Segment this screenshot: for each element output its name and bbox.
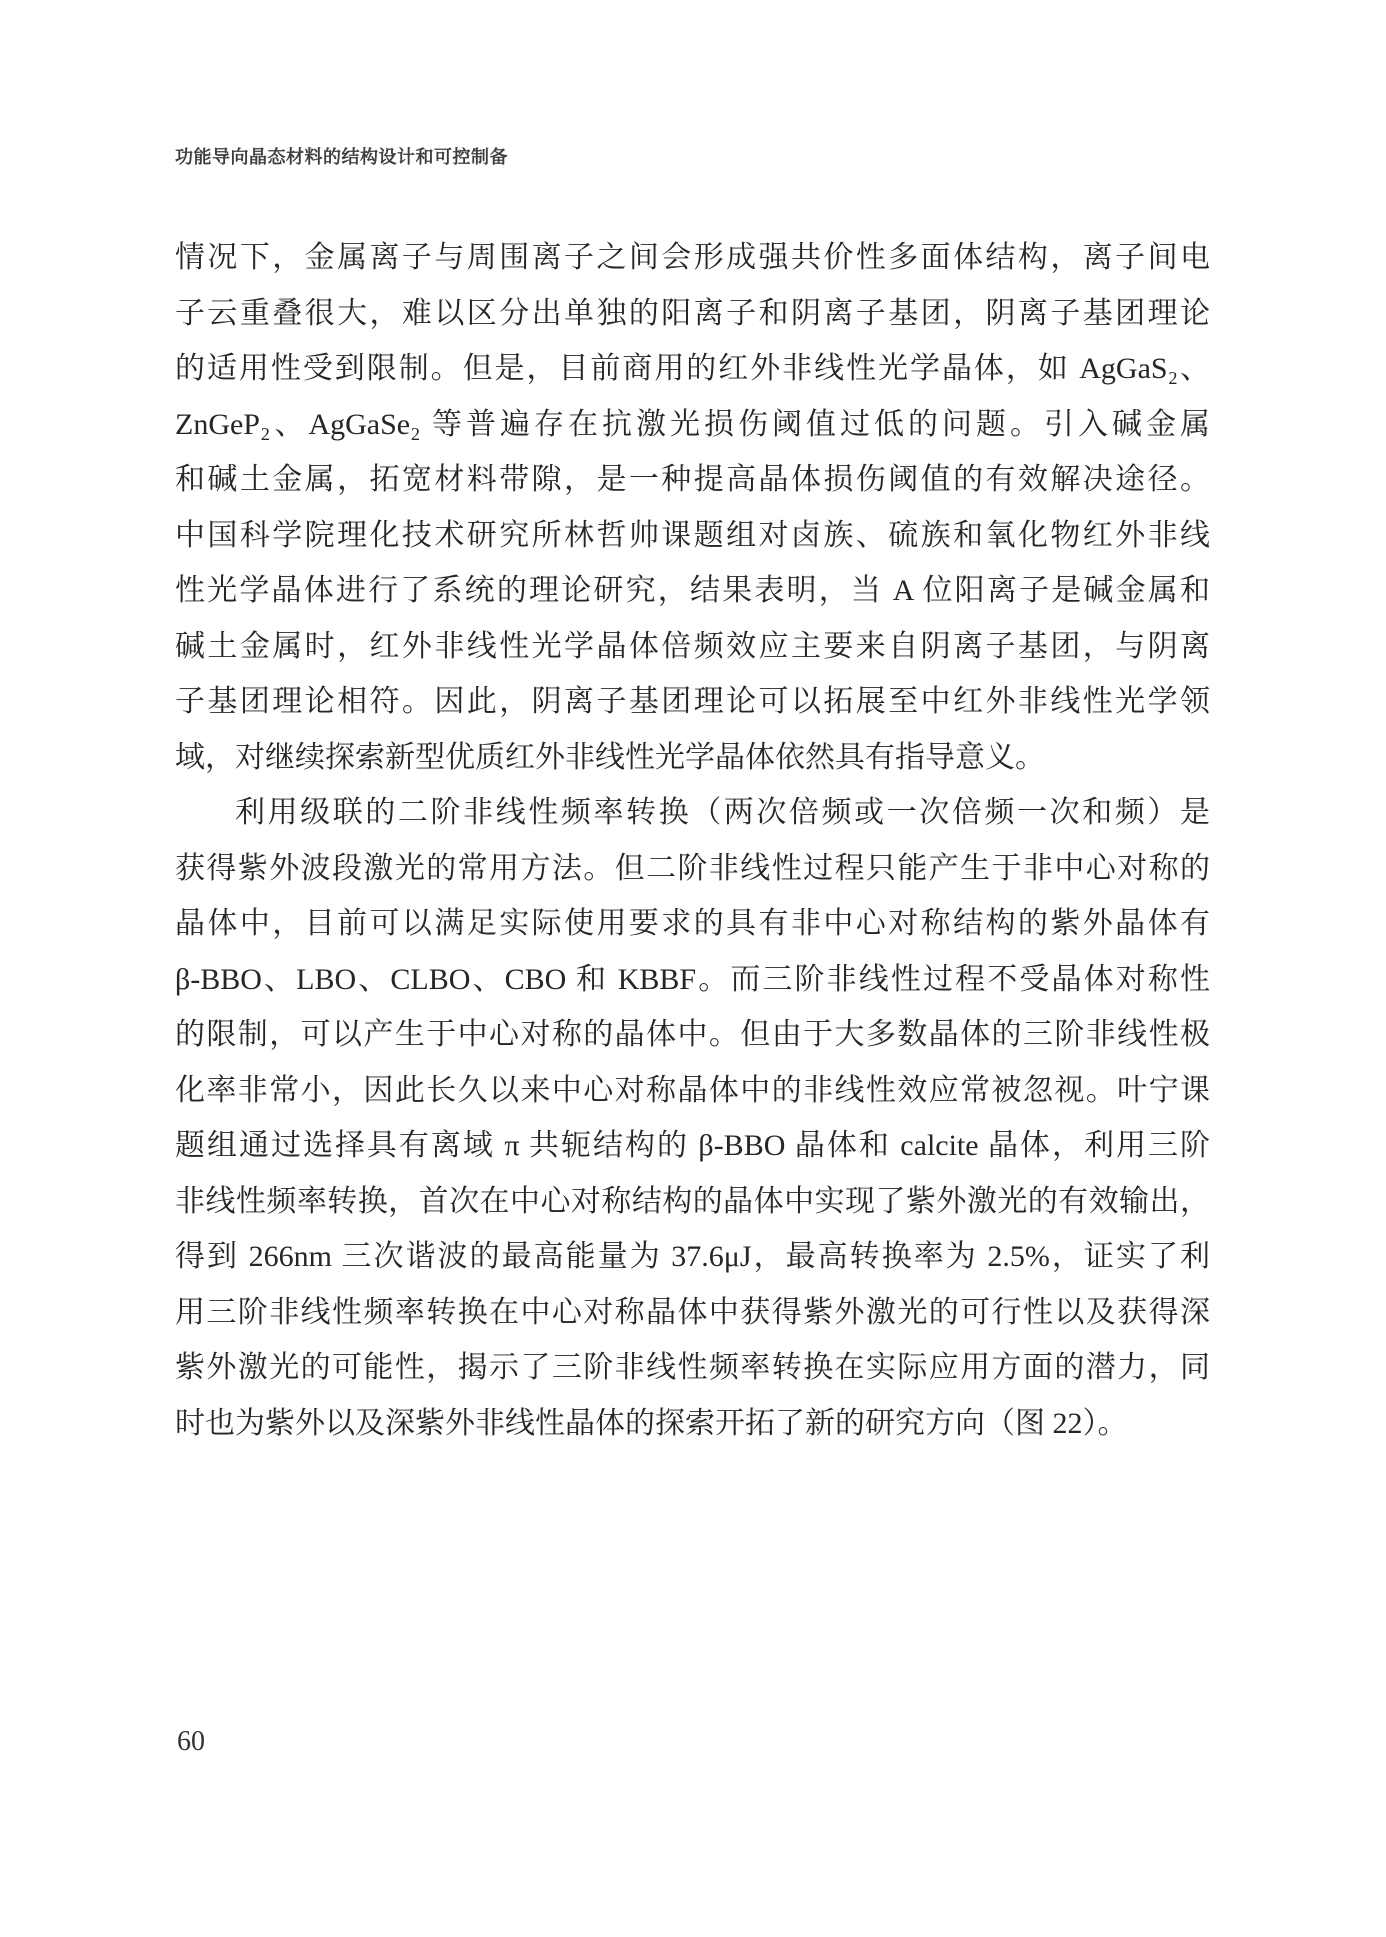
- text-line: 子基团理论相符。因此，阴离子基团理论可以拓展至中红外非线性光学领: [175, 674, 1210, 730]
- text-line: ZnGeP₂、AgGaSe₂ 等普遍存在抗激光损伤阈值过低的问题。引入碱金属: [175, 397, 1210, 453]
- text-line: 化率非常小，因此长久以来中心对称晶体中的非线性效应常被忽视。叶宁课: [175, 1063, 1210, 1119]
- text-line: 和碱土金属，拓宽材料带隙，是一种提高晶体损伤阈值的有效解决途径。: [175, 452, 1210, 508]
- text-line: 碱土金属时，红外非线性光学晶体倍频效应主要来自阴离子基团，与阴离: [175, 619, 1210, 675]
- text-line: 性光学晶体进行了系统的理论研究，结果表明，当 A 位阳离子是碱金属和: [175, 563, 1210, 619]
- paragraph: 利用级联的二阶非线性频率转换（两次倍频或一次倍频一次和频）是获得紫外波段激光的常…: [175, 785, 1210, 1451]
- text-line: 情况下，金属离子与周围离子之间会形成强共价性多面体结构，离子间电: [175, 230, 1210, 286]
- document-page: 功能导向晶态材料的结构设计和可控制备 情况下，金属离子与周围离子之间会形成强共价…: [0, 0, 1386, 1937]
- body-text: 情况下，金属离子与周围离子之间会形成强共价性多面体结构，离子间电子云重叠很大，难…: [175, 230, 1210, 1451]
- text-line: 用三阶非线性频率转换在中心对称晶体中获得紫外激光的可行性以及获得深: [175, 1285, 1210, 1341]
- text-line: 得到 266nm 三次谐波的最高能量为 37.6μJ，最高转换率为 2.5%，证…: [175, 1229, 1210, 1285]
- page-number: 60: [177, 1726, 205, 1758]
- text-line: 题组通过选择具有离域 π 共轭结构的 β-BBO 晶体和 calcite 晶体，…: [175, 1118, 1210, 1174]
- paragraph: 情况下，金属离子与周围离子之间会形成强共价性多面体结构，离子间电子云重叠很大，难…: [175, 230, 1210, 785]
- text-line: 子云重叠很大，难以区分出单独的阳离子和阴离子基团，阴离子基团理论: [175, 286, 1210, 342]
- text-line: 获得紫外波段激光的常用方法。但二阶非线性过程只能产生于非中心对称的: [175, 841, 1210, 897]
- text-line: 紫外激光的可能性，揭示了三阶非线性频率转换在实际应用方面的潜力，同: [175, 1340, 1210, 1396]
- text-line: 非线性频率转换，首次在中心对称结构的晶体中实现了紫外激光的有效输出，: [175, 1174, 1210, 1230]
- running-header: 功能导向晶态材料的结构设计和可控制备: [175, 143, 1210, 169]
- text-line: 的限制，可以产生于中心对称的晶体中。但由于大多数晶体的三阶非线性极: [175, 1007, 1210, 1063]
- text-line: 域，对继续探索新型优质红外非线性光学晶体依然具有指导意义。: [175, 730, 1210, 786]
- text-line: 的适用性受到限制。但是，目前商用的红外非线性光学晶体，如 AgGaS₂、: [175, 341, 1210, 397]
- text-line: 时也为紫外以及深紫外非线性晶体的探索开拓了新的研究方向（图 22）。: [175, 1396, 1210, 1452]
- text-line: 中国科学院理化技术研究所林哲帅课题组对卤族、硫族和氧化物红外非线: [175, 508, 1210, 564]
- text-line: β-BBO、LBO、CLBO、CBO 和 KBBF。而三阶非线性过程不受晶体对称…: [175, 952, 1210, 1008]
- text-line: 晶体中，目前可以满足实际使用要求的具有非中心对称结构的紫外晶体有: [175, 896, 1210, 952]
- text-line: 利用级联的二阶非线性频率转换（两次倍频或一次倍频一次和频）是: [175, 785, 1210, 841]
